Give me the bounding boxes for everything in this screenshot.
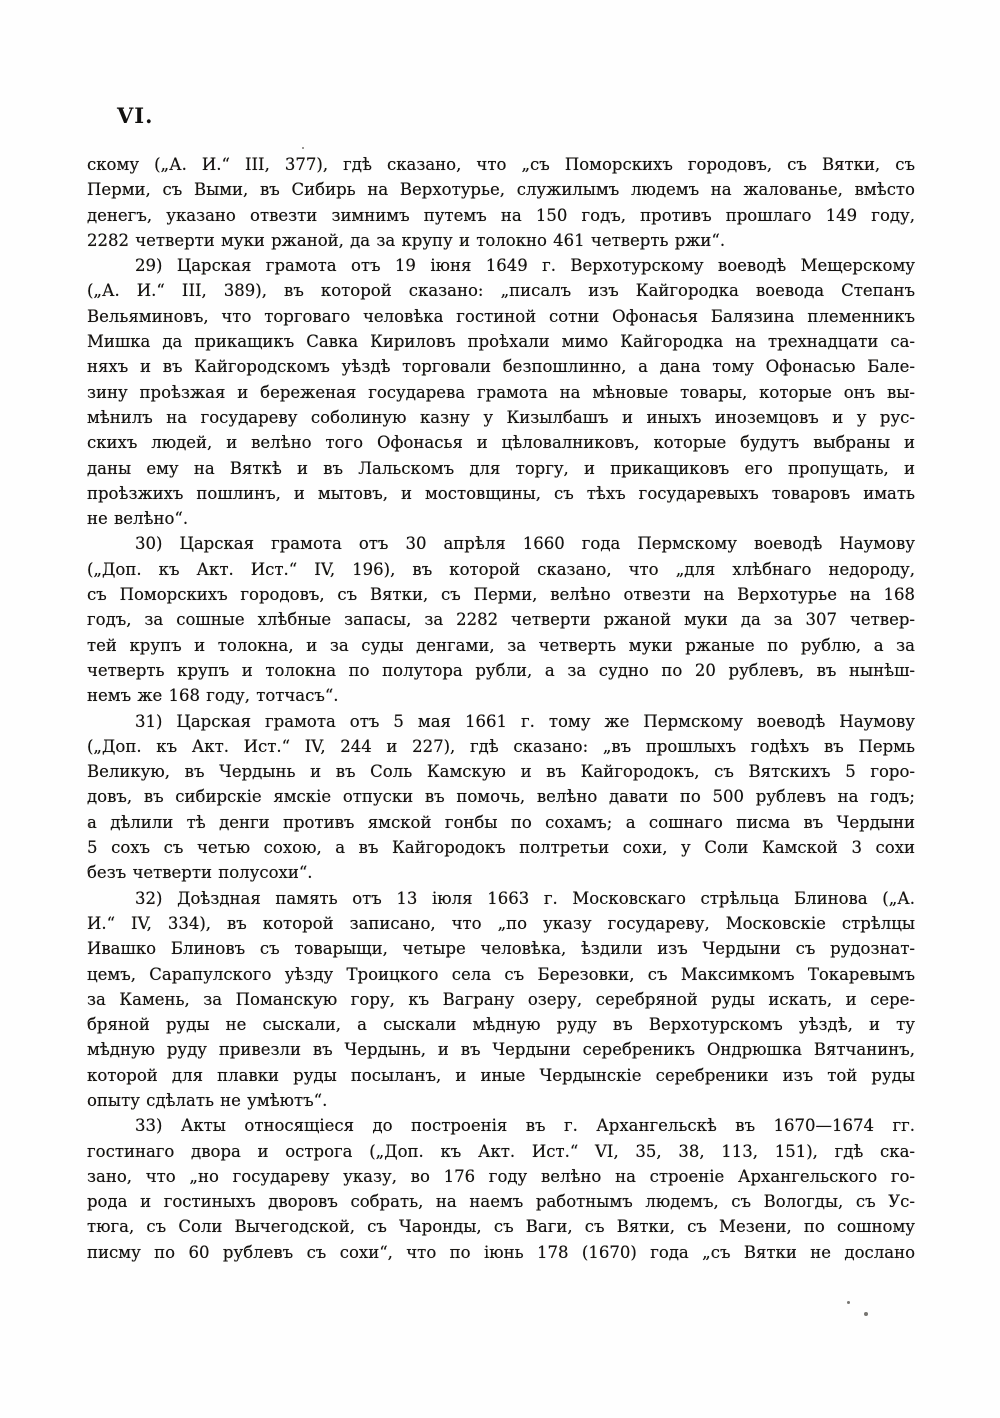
text-line-entry-33: писму по 60 рублевъ съ сохи“, что по іюн… — [87, 1240, 915, 1265]
text-line-entry-30: съ Поморскихъ городовъ, съ Вятки, съ Пер… — [87, 582, 915, 607]
text-line-entry-33: тюга, съ Соли Вычегодской, съ Чаронды, с… — [87, 1214, 915, 1239]
text-line-entry-32: Ивашко Блиновъ съ товарыщи, четыре челов… — [87, 936, 915, 961]
text-line-entry-31: 31) Царская грамота отъ 5 мая 1661 г. то… — [87, 709, 915, 734]
text-line-entry-30: годъ, за сошные хлѣбные запасы, за 2282 … — [87, 607, 915, 632]
text-line-entry-29: даны ему на Вяткѣ и въ Лальскомъ для тор… — [87, 456, 915, 481]
text-line-entry-31: Великую, въ Чердынь и въ Соль Камскую и … — [87, 759, 915, 784]
text-line-entry-33: зано, что „но государеву указу, во 176 г… — [87, 1164, 915, 1189]
text-line-entry-29: мѣнилъ на государеву соболиную казну у К… — [87, 405, 915, 430]
text-column: скому („А. И.“ III, 377), гдѣ сказано, ч… — [87, 152, 915, 1265]
scan-speck — [847, 1301, 850, 1304]
text-line-entry-29: Мишка да прикащикъ Савка Кириловъ проѣха… — [87, 329, 915, 354]
text-line-entry-32: цемъ, Сарапулского уѣзду Троицкого села … — [87, 962, 915, 987]
text-line-entry-32: 32) Доѣздная память отъ 13 іюля 1663 г. … — [87, 886, 915, 911]
text-line-entry-28-continuation: Перми, съ Выми, въ Сибирь на Верхотурье,… — [87, 177, 915, 202]
text-line-entry-30: („Доп. къ Акт. Ист.“ IV, 196), въ которо… — [87, 557, 915, 582]
text-line-entry-33: 33) Акты относящіеся до построенія въ г.… — [87, 1113, 915, 1138]
text-line-entry-28-continuation: 2282 четверти муки ржаной, да за крупу и… — [87, 228, 915, 253]
scan-speck — [302, 147, 304, 149]
scan-speck — [864, 1312, 868, 1316]
text-line-entry-32: мѣдную руду привезли въ Чердынь, и въ Че… — [87, 1037, 915, 1062]
scanned-book-page: VI. скому („А. И.“ III, 377), гдѣ сказан… — [0, 0, 1000, 1418]
text-line-entry-31: а дѣлили тѣ денги противъ ямской гонбы п… — [87, 810, 915, 835]
text-line-entry-29: няхъ и въ Кайгородскомъ уѣздѣ торговали … — [87, 354, 915, 379]
text-line-entry-29: не велѣно“. — [87, 506, 915, 531]
text-line-entry-31: („Доп. къ Акт. Ист.“ IV, 244 и 227), гдѣ… — [87, 734, 915, 759]
text-line-entry-32: опыту сдѣлать не умѣютъ“. — [87, 1088, 915, 1113]
text-line-entry-33: гостинаго двора и острога („Доп. къ Акт.… — [87, 1139, 915, 1164]
text-line-entry-30: четверть крупъ и толокна по полутора руб… — [87, 658, 915, 683]
text-line-entry-30: 30) Царская грамота отъ 30 апрѣля 1660 г… — [87, 531, 915, 556]
text-line-entry-29: зину проѣзжая и береженая государева гра… — [87, 380, 915, 405]
text-line-entry-32: бряной руды не сыскали, а сыскали мѣдную… — [87, 1012, 915, 1037]
text-line-entry-32: которой для плавки руды посыланъ, и иные… — [87, 1063, 915, 1088]
text-line-entry-31: безъ четверти полусохи“. — [87, 860, 915, 885]
text-line-entry-29: Вельяминовъ, что торговаго человѣка гост… — [87, 304, 915, 329]
text-line-entry-28-continuation: денегъ, указано отвезти зимнимъ путемъ н… — [87, 203, 915, 228]
text-line-entry-29: скихъ людей, и велѣно того Офонасья и цѣ… — [87, 430, 915, 455]
text-line-entry-30: немъ же 168 году, тотчасъ“. — [87, 683, 915, 708]
scan-speck — [88, 824, 91, 827]
text-line-entry-32: И.“ IV, 334), въ которой записано, что „… — [87, 911, 915, 936]
text-line-entry-33: рода и гостиныхъ дворовъ собрать, на нае… — [87, 1189, 915, 1214]
page-number: VI. — [117, 103, 153, 128]
text-line-entry-31: довъ, въ сибирскіе ямскіе отпуски въ пом… — [87, 784, 915, 809]
text-line-entry-28-continuation: скому („А. И.“ III, 377), гдѣ сказано, ч… — [87, 152, 915, 177]
text-line-entry-30: тей крупъ и толокна, и за суды денгами, … — [87, 633, 915, 658]
text-line-entry-32: за Камень, за Поманскую гору, къ Ваграну… — [87, 987, 915, 1012]
text-line-entry-29: проѣзжихъ пошлинъ, и мытовъ, и мостовщин… — [87, 481, 915, 506]
text-line-entry-29: 29) Царская грамота отъ 19 іюня 1649 г. … — [87, 253, 915, 278]
text-line-entry-29: („А. И.“ III, 389), въ которой сказано: … — [87, 278, 915, 303]
text-line-entry-31: 5 сохъ съ четью сохою, а въ Кайгородокъ … — [87, 835, 915, 860]
